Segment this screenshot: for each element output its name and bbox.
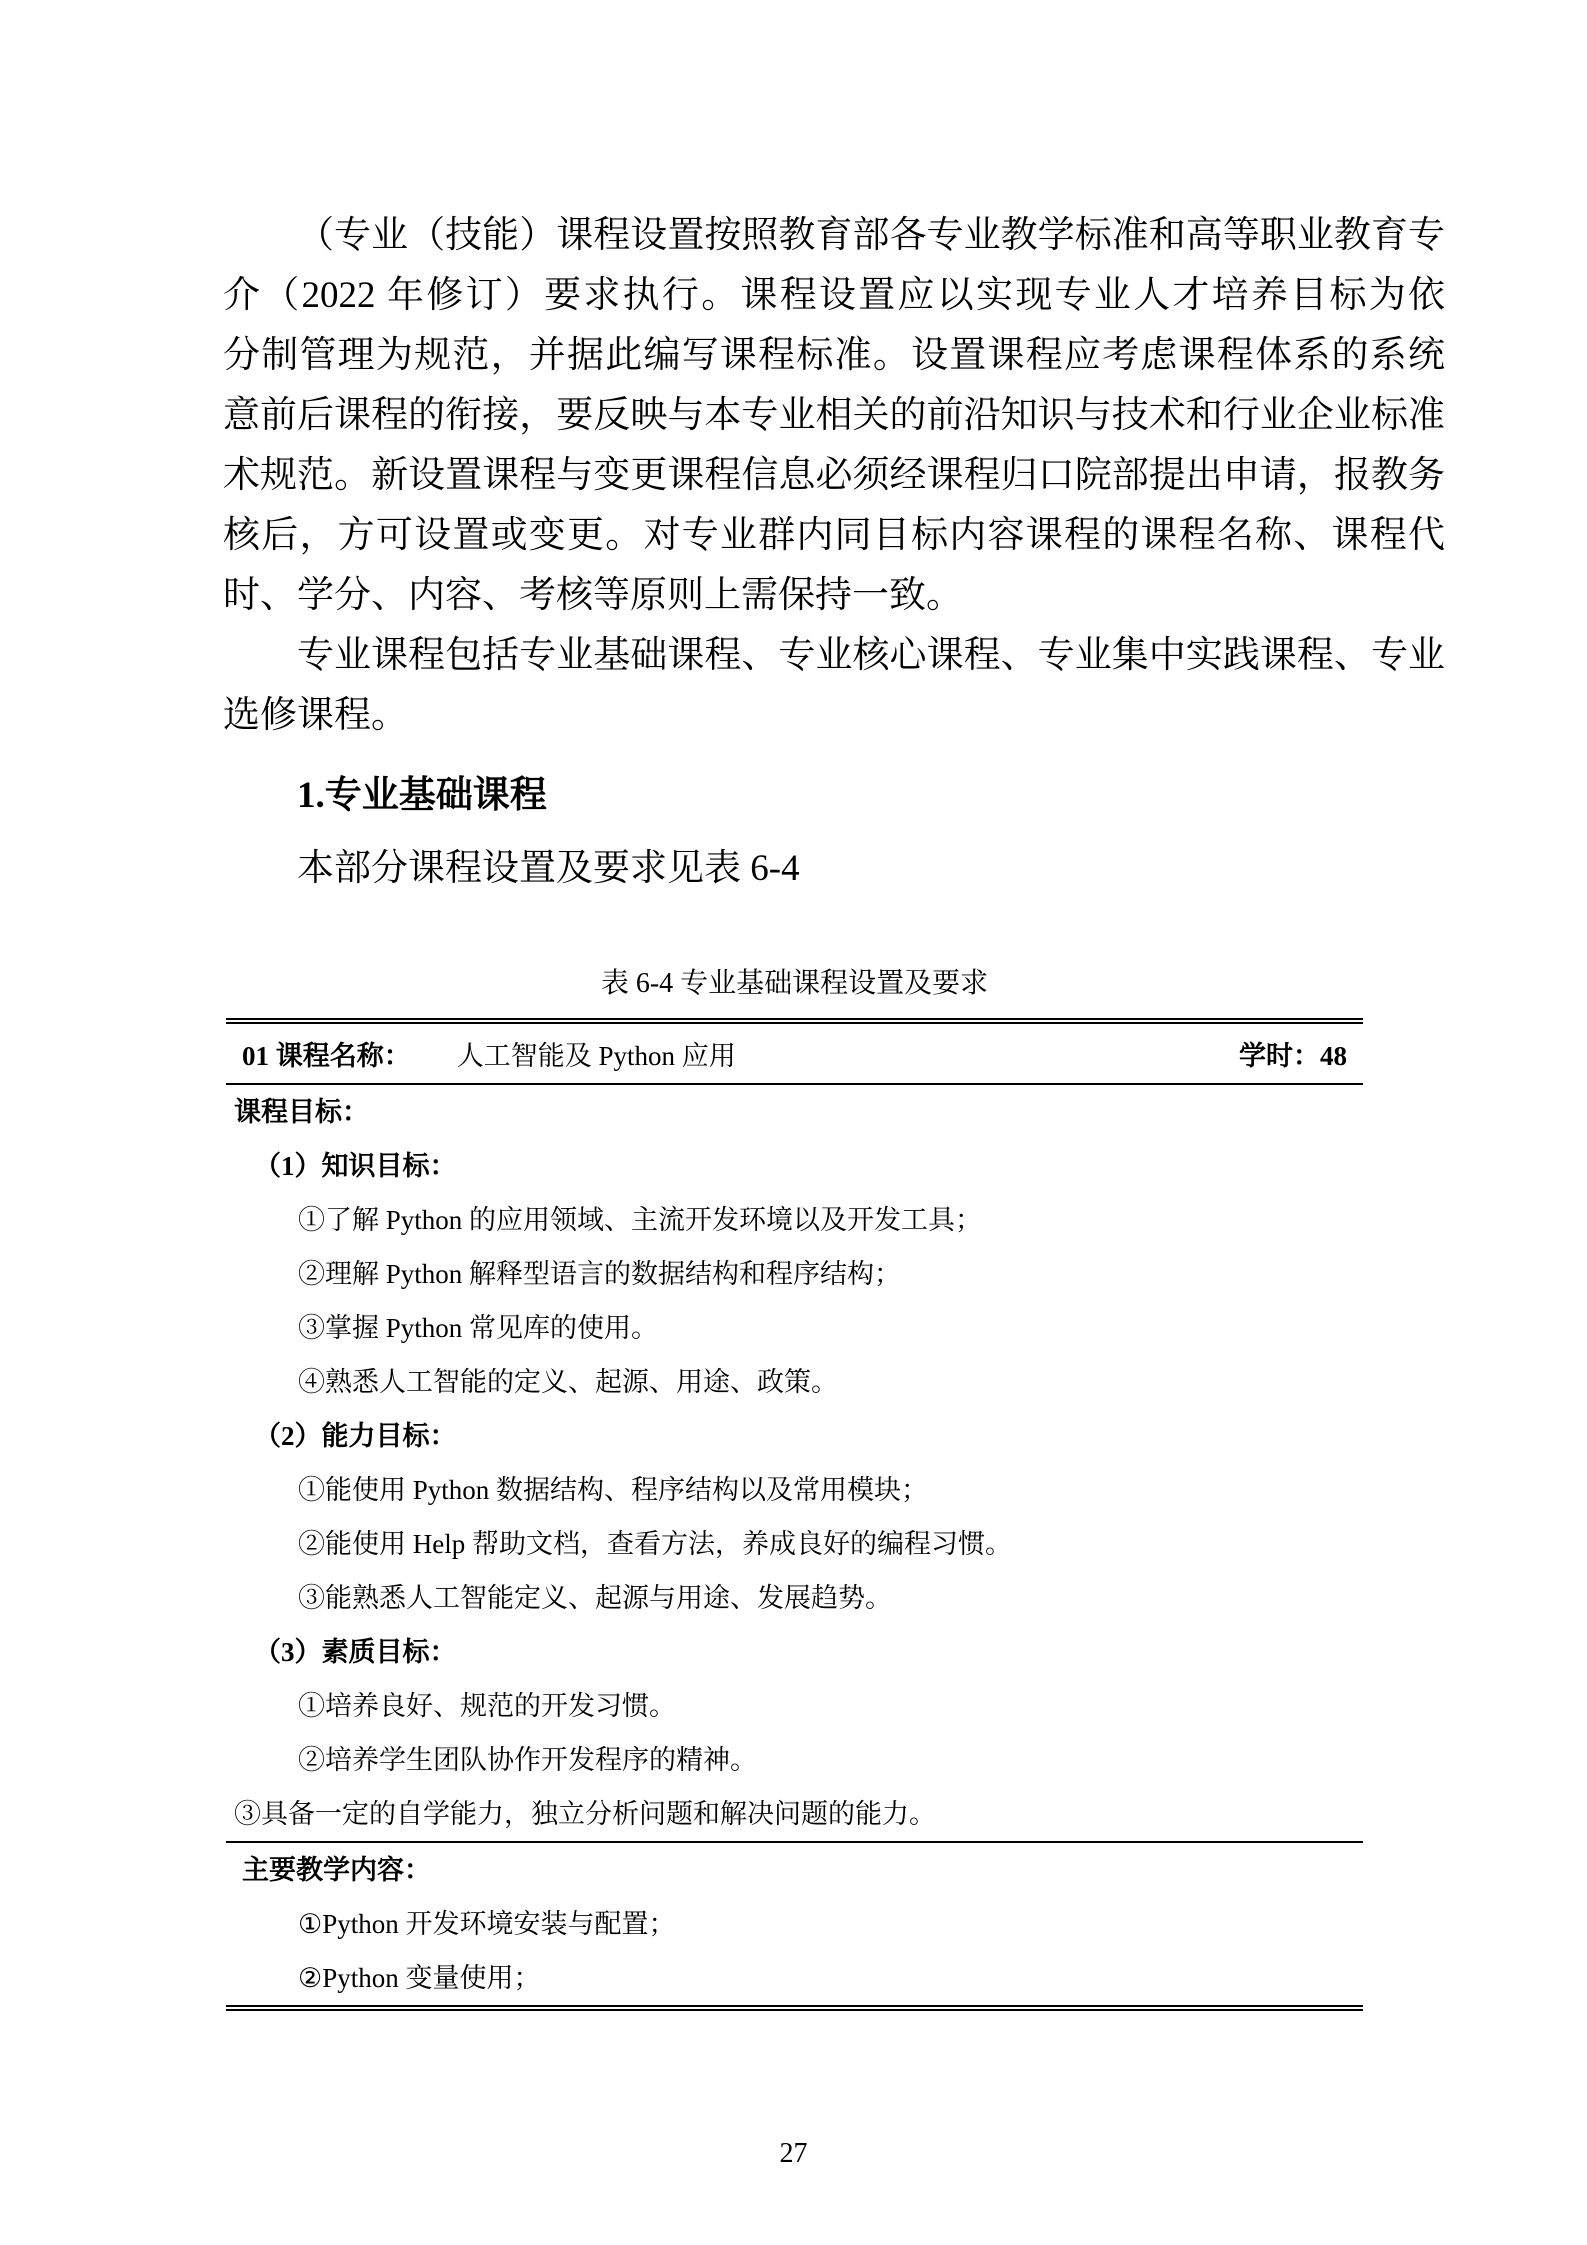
paragraph-line: 时、学分、内容、考核等原则上需保持一致。 [223,566,1445,626]
hours-value: 48 [1320,1041,1347,1071]
paragraph-line: 术规范。新设置课程与变更课程信息必须经课程归口院部提出申请，报教务处审 [223,446,1445,506]
paragraph-line: 意前后课程的衔接，要反映与本专业相关的前沿知识与技术和行业企业标准与技 [223,386,1445,446]
teaching-content-item: ①Python 开发环境安装与配置； [226,1897,1363,1951]
body-paragraphs: （专业（技能）课程设置按照教育部各专业教学标准和高等职业教育专业简 介（2022… [223,206,1445,746]
course-name: 人工智能及 Python 应用 [457,1034,736,1073]
quality-goal-item: ②培养学生团队协作开发程序的精神。 [226,1733,1363,1787]
section-heading: 1.专业基础课程 [223,766,1445,826]
ability-goal-item: ①能使用 Python 数据结构、程序结构以及常用模块； [226,1463,1363,1517]
ability-goals-header: （2）能力目标： [226,1409,1363,1463]
teaching-content-item: ②Python 变量使用； [226,1951,1363,2005]
teaching-content-header: 主要教学内容： [226,1843,1363,1897]
paragraph-line: 核后，方可设置或变更。对专业群内同目标内容课程的课程名称、课程代码、课 [223,506,1445,566]
page-number: 27 [0,2138,1587,2170]
teaching-content-section: 主要教学内容： ①Python 开发环境安装与配置； ②Python 变量使用； [226,1843,1363,2005]
paragraph-line: 专业课程包括专业基础课程、专业核心课程、专业集中实践课程、专业拓展 [223,626,1445,686]
hours-label: 学时： [1239,1041,1320,1071]
ability-goal-item: ②能使用 Help 帮助文档，查看方法，养成良好的编程习惯。 [226,1517,1363,1571]
table-caption: 表 6-4 专业基础课程设置及要求 [226,964,1363,1004]
knowledge-goal-item: ④熟悉人工智能的定义、起源、用途、政策。 [226,1355,1363,1409]
course-table: 01 课程名称： 人工智能及 Python 应用 学时：48 课程目标： （1）… [226,1018,1363,2011]
paragraph-line: （专业（技能）课程设置按照教育部各专业教学标准和高等职业教育专业简 [223,206,1445,266]
paragraph-line: 分制管理为规范，并据此编写课程标准。设置课程应考虑课程体系的系统性，注 [223,326,1445,386]
course-goals-section: 课程目标： （1）知识目标： ①了解 Python 的应用领域、主流开发环境以及… [226,1085,1363,1843]
goals-header: 课程目标： [226,1085,1363,1139]
quality-goal-item: ①培养良好、规范的开发习惯。 [226,1679,1363,1733]
knowledge-goal-item: ①了解 Python 的应用领域、主流开发环境以及开发工具； [226,1193,1363,1247]
paragraph-line: 介（2022 年修订）要求执行。课程设置应以实现专业人才培养目标为依据，以学 [223,266,1445,326]
knowledge-goal-item: ③掌握 Python 常见库的使用。 [226,1301,1363,1355]
ability-goal-item: ③能熟悉人工智能定义、起源与用途、发展趋势。 [226,1571,1363,1625]
course-header-row: 01 课程名称： 人工智能及 Python 应用 学时：48 [226,1024,1363,1085]
knowledge-goals-header: （1）知识目标： [226,1139,1363,1193]
document-page: （专业（技能）课程设置按照教育部各专业教学标准和高等职业教育专业简 介（2022… [0,0,1587,2245]
paragraph-line: 选修课程。 [223,686,1445,746]
quality-goals-header: （3）素质目标： [226,1625,1363,1679]
intro-line: 本部分课程设置及要求见表 6-4 [223,839,1445,899]
quality-goal-item: ③具备一定的自学能力，独立分析问题和解决问题的能力。 [226,1787,1363,1841]
course-hours: 学时：48 [1239,1034,1347,1073]
course-number-label: 01 课程名称： [242,1034,411,1073]
knowledge-goal-item: ②理解 Python 解释型语言的数据结构和程序结构； [226,1247,1363,1301]
